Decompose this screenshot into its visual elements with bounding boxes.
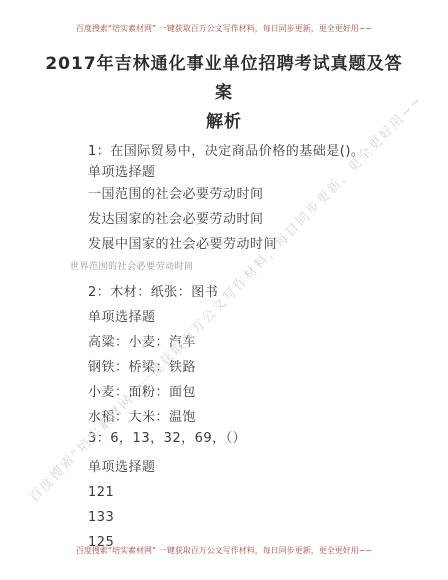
page-title-line-2: 解析: [38, 108, 410, 137]
question-2-option: 小麦：面粉：面包: [88, 384, 448, 401]
question-1-option-faded: 世界范围的社会必要劳动时间: [70, 261, 448, 273]
question-1-stem: 1：在国际贸易中，决定商品价格的基础是()。: [88, 143, 448, 160]
page-title-line-1: 2017年吉林通化事业单位招聘考试真题及答案: [38, 50, 410, 108]
question-2-option: 高粱：小麦：汽车: [88, 334, 448, 351]
page-title: 2017年吉林通化事业单位招聘考试真题及答案 解析: [38, 50, 410, 137]
question-2-stem: 2：木材：纸张：图书: [88, 284, 448, 301]
document-page: 百度搜索“培实素材网” 一键获取百万公文写作材料，每日同步更新，更全更好用~~ …: [0, 0, 448, 580]
question-2-type-label: 单项选择题: [88, 309, 448, 326]
question-3: 3：6，13，32，69，（） 单项选择题 121 133 125: [0, 430, 448, 551]
question-1: 1：在国际贸易中，决定商品价格的基础是()。 单项选择题 一国范围的社会必要劳动…: [0, 143, 448, 273]
question-1-option: 发达国家的社会必要劳动时间: [88, 211, 448, 228]
question-2: 2：木材：纸张：图书 单项选择题 高粱：小麦：汽车 钢铁：桥梁：铁路 小麦：面粉…: [0, 284, 448, 426]
bottom-ad-banner: 百度搜索“培实素材网” 一键获取百万公文写作材料，每日同步更新，更全更好用~~: [0, 546, 448, 556]
question-3-option: 121: [88, 484, 448, 501]
question-2-option: 水稻：大米：温饱: [88, 409, 448, 426]
question-2-option: 钢铁：桥梁：铁路: [88, 359, 448, 376]
question-1-type-label: 单项选择题: [88, 164, 448, 181]
question-3-type-label: 单项选择题: [88, 459, 448, 476]
top-ad-banner: 百度搜索“培实素材网” 一键获取百万公文写作材料，每日同步更新，更全更好用~~: [0, 24, 448, 34]
question-1-option: 一国范围的社会必要劳动时间: [88, 186, 448, 203]
question-3-option: 133: [88, 509, 448, 526]
question-1-option: 发展中国家的社会必要劳动时间: [88, 236, 448, 253]
question-3-stem: 3：6，13，32，69，（）: [88, 430, 448, 447]
